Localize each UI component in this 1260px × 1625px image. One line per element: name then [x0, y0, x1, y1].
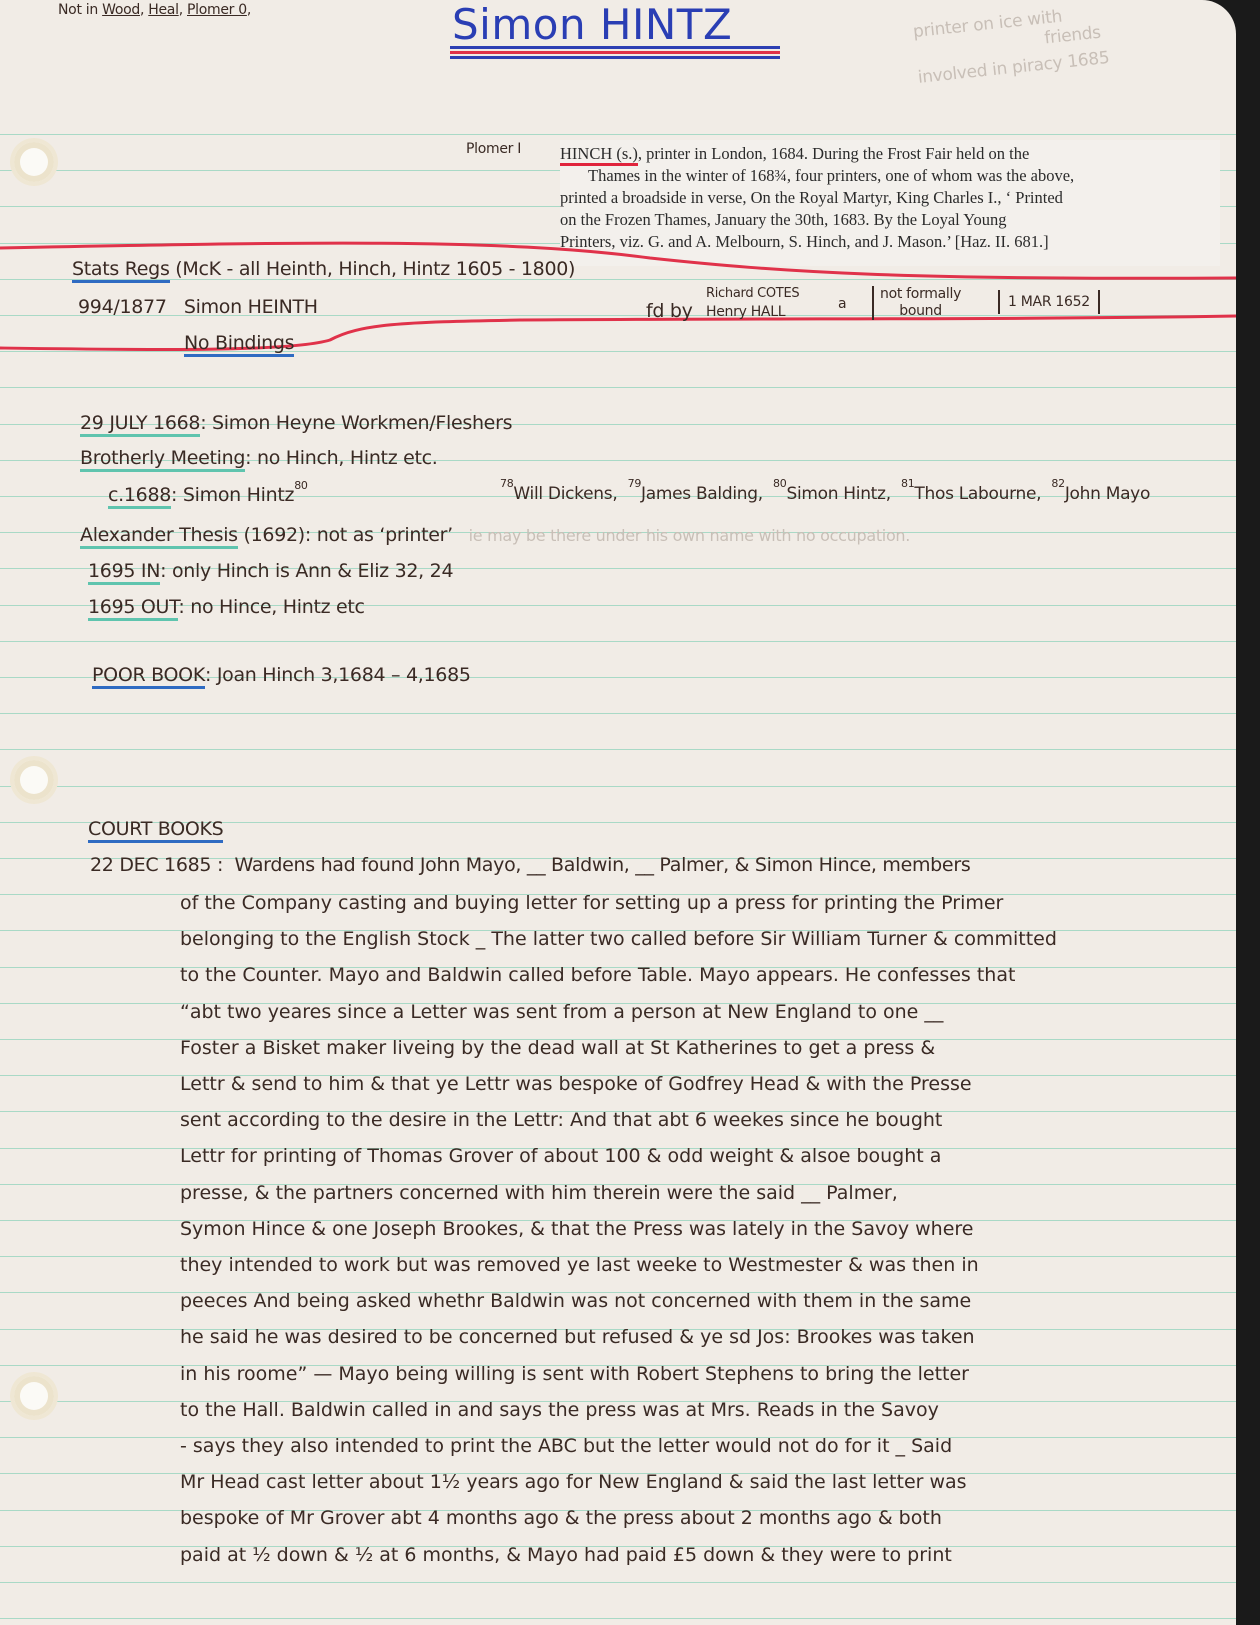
binding-status: not formally bound [872, 286, 961, 320]
court-books-first-line: 22 DEC 1685 : Wardens had found John May… [90, 854, 970, 876]
stats-regs-note: (McK - all Heinth, Hinch, Hintz 1605 - 1… [175, 258, 575, 280]
clipping-headword: HINCH (s.) [560, 144, 638, 166]
binding-status-line: bound [880, 303, 961, 320]
stats-regs-entry: 994/1877 Simon HEINTH [78, 296, 318, 318]
court-text: Wardens had found John Mayo, __ Baldwin,… [235, 854, 971, 876]
record-text: : no Hince, Hintz etc [178, 596, 364, 618]
court-books-line: Foster a Bisket maker liveing by the dea… [180, 1037, 935, 1059]
court-books-line: - says they also intended to print the A… [180, 1435, 952, 1457]
entry-name: Simon HEINTH [184, 296, 318, 318]
list-num: 79 [628, 477, 641, 490]
court-books-line: to the Hall. Baldwin called in and says … [180, 1399, 939, 1421]
notebook-page: Not in Wood, Heal, Plomer 0, Simon HINTZ… [0, 0, 1236, 1625]
pencil-note-line: involved in piracy 1685 [917, 48, 1110, 88]
ref-heal: Heal [148, 2, 178, 18]
list-num: 82 [1051, 477, 1064, 490]
plomer-label: Plomer I [466, 141, 521, 157]
record-label: c.1688 [108, 484, 171, 509]
rule-line [0, 713, 1236, 714]
court-books-line: “abt two yeares since a Letter was sent … [180, 1001, 943, 1023]
punch-hole-icon [14, 142, 54, 182]
punch-hole-icon [14, 1376, 54, 1416]
rule-line [0, 1618, 1236, 1619]
list-name: James Balding [641, 484, 758, 504]
court-date: 22 DEC 1685 : [90, 854, 223, 876]
record-c1688: c.1688: Simon Hintz80 [108, 484, 308, 506]
court-books-line: Symon Hince & one Joseph Brookes, & that… [180, 1218, 973, 1240]
ref-wood: Wood [102, 2, 140, 18]
court-books-line: bespoke of Mr Grover abt 4 months ago & … [180, 1507, 942, 1529]
stats-regs-line: Stats Regs (McK - all Heinth, Hinch, Hin… [72, 258, 575, 280]
court-books-line: they intended to work but was removed ye… [180, 1254, 979, 1276]
freed-by-name: Henry HALL [706, 303, 799, 321]
list-name: Will Dickens [513, 484, 612, 504]
source-note: Not in Wood, Heal, Plomer 0, [58, 2, 251, 18]
punch-hole-icon [14, 760, 54, 800]
list-name: Simon Hintz [786, 484, 885, 504]
record-workmen: 29 JULY 1668: Simon Heyne Workmen/Fleshe… [80, 412, 512, 434]
record-poor-book: POOR BOOK: Joan Hinch 3,1684 – 4,1685 [92, 664, 471, 686]
record-1695-in: 1695 IN: only Hinch is Ann & Eliz 32, 24 [88, 560, 453, 582]
court-books-line: Lettr for printing of Thomas Grover of a… [180, 1145, 941, 1167]
court-books-line: to the Counter. Mayo and Baldwin called … [180, 964, 1015, 986]
ref-plomer: Plomer 0 [187, 2, 247, 18]
no-bindings-text: No Bindings [184, 332, 294, 357]
clipping-line: Thames in the winter of 168¾, four print… [560, 165, 1212, 187]
record-sup: 80 [294, 479, 307, 492]
record-label: 1695 OUT [88, 596, 178, 621]
freed-by-names: Richard COTES Henry HALL [706, 285, 799, 321]
record-brotherly-meeting: Brotherly Meeting: no Hinch, Hintz etc. [80, 447, 438, 469]
court-books-line: presse, & the partners concerned with hi… [180, 1182, 898, 1204]
record-text: : only Hinch is Ann & Eliz 32, 24 [160, 560, 453, 582]
court-books-line: sent according to the desire in the Lett… [180, 1109, 942, 1131]
entry-number: 994/1877 [78, 296, 167, 318]
record-text: (1692): not as ‘printer’ [238, 524, 453, 546]
record-text: : Simon Heyne Workmen/Fleshers [200, 412, 512, 434]
record-label: POOR BOOK [92, 664, 205, 689]
court-books-line: Lettr & send to him & that ye Lettr was … [180, 1073, 972, 1095]
c1688-list: 78Will Dickens, 79James Balding, 80Simon… [500, 484, 1150, 504]
rule-line [0, 1582, 1236, 1583]
clipping-line: on the Frozen Thames, January the 30th, … [560, 209, 1212, 231]
stats-regs-label: Stats Regs [72, 258, 170, 283]
record-label: Brotherly Meeting [80, 447, 245, 472]
rule-line [0, 749, 1236, 750]
source-note-prefix: Not in [58, 2, 98, 18]
list-num: 78 [500, 477, 513, 490]
list-name: Thos Labourne [914, 484, 1036, 504]
record-alexander-thesis: Alexander Thesis (1692): not as ‘printer… [80, 524, 910, 546]
title-underline-red [450, 51, 780, 54]
clipping-text: , printer in London, 1684. During the Fr… [638, 144, 1029, 163]
record-text: : Simon Hintz [171, 484, 294, 506]
pencil-note: printer on ice with friends involved in … [912, 2, 1110, 88]
rule-line [0, 134, 1236, 135]
rule-line [0, 641, 1236, 642]
list-num: 80 [773, 477, 786, 490]
clipping-line: HINCH (s.), printer in London, 1684. Dur… [560, 143, 1212, 165]
record-label: Alexander Thesis [80, 524, 238, 549]
title-underline [450, 46, 780, 49]
pencil-note: ie may be there under his own name with … [469, 526, 910, 545]
title-underline-2 [450, 56, 780, 59]
court-books-heading: COURT BOOKS [88, 818, 223, 840]
court-books-line: Mr Head cast letter about 1½ years ago f… [180, 1471, 967, 1493]
court-books-line: paid at ½ down & ½ at 6 months, & Mayo h… [180, 1544, 952, 1566]
freedom-date: 1 MAR 1652 [998, 290, 1100, 314]
record-text: : no Hinch, Hintz etc. [245, 447, 437, 469]
record-1695-out: 1695 OUT: no Hince, Hintz etc [88, 596, 365, 618]
court-books-line: he said he was desired to be concerned b… [180, 1326, 975, 1348]
page-title: Simon HINTZ [452, 0, 732, 49]
list-num: 81 [901, 477, 914, 490]
court-books-line: peeces And being asked whethr Baldwin wa… [180, 1290, 971, 1312]
record-label: 1695 IN [88, 560, 160, 585]
binding-status-line: not formally [880, 286, 961, 303]
court-books-line: belonging to the English Stock _ The lat… [180, 928, 1057, 950]
clipping-line: printed a broadside in verse, On the Roy… [560, 187, 1212, 209]
freed-by-name: Richard COTES [706, 285, 799, 303]
court-books-line: in his roome” — Mayo being willing is se… [180, 1363, 969, 1385]
court-books-line: of the Company casting and buying letter… [180, 892, 1003, 914]
no-bindings-note: No Bindings [184, 332, 294, 354]
rule-line [0, 786, 1236, 787]
freed-by-label: fd by [646, 300, 693, 322]
rule-line [0, 387, 1236, 388]
court-books-heading-text: COURT BOOKS [88, 818, 223, 843]
list-name: John Mayo [1065, 484, 1150, 504]
freed-by-mark: a [838, 296, 846, 312]
record-text: : Joan Hinch 3,1684 – 4,1685 [205, 664, 471, 686]
record-label: 29 JULY 1668 [80, 412, 200, 437]
